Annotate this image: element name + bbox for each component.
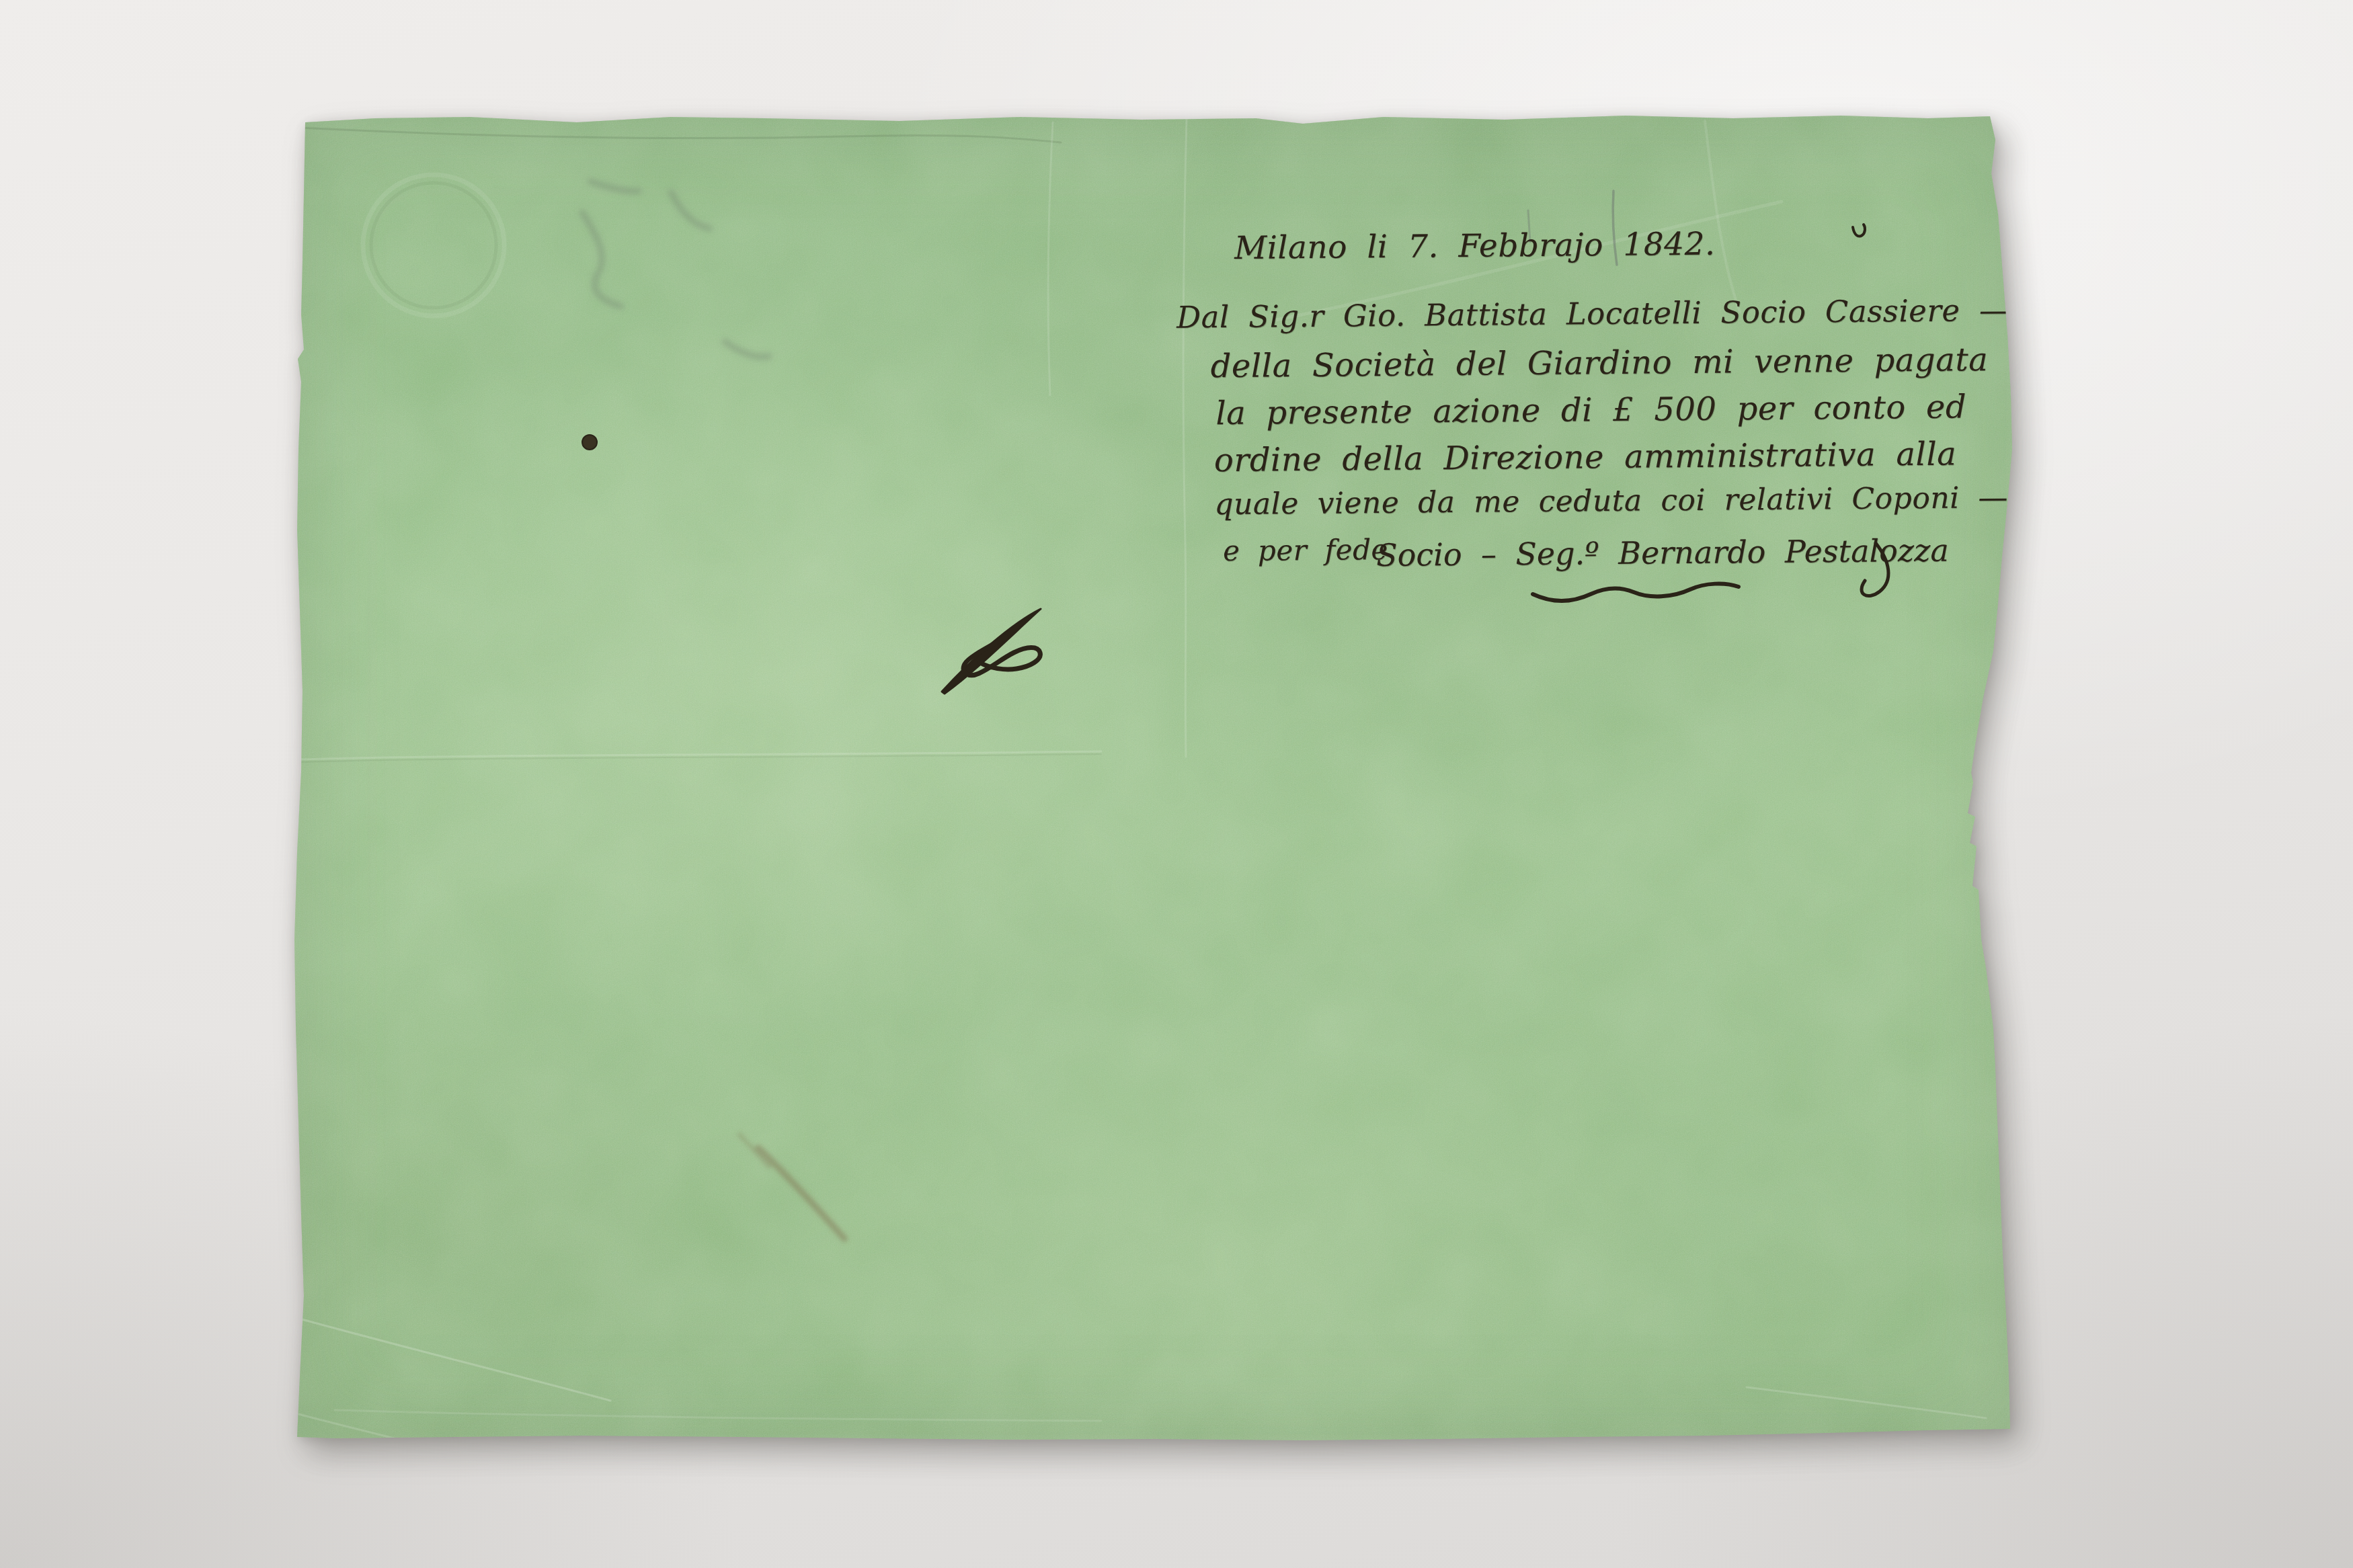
- handwritten-text-block: Milano li 7. Febbrajo 1842. Dal Sig.r Gi…: [288, 106, 2018, 1448]
- signature-line: Socio – Seg.º Bernardo Pestalozza: [1376, 532, 1949, 573]
- document-paper: Milano li 7. Febbrajo 1842. Dal Sig.r Gi…: [294, 113, 2012, 1440]
- photograph-background: Milano li 7. Febbrajo 1842. Dal Sig.r Gi…: [0, 0, 2353, 1568]
- body-line-4: ordine della Direzione amministrativa al…: [1214, 436, 1957, 480]
- body-line-6: e per fede: [1223, 533, 1388, 567]
- date-line: Milano li 7. Febbrajo 1842.: [1234, 226, 1716, 267]
- body-line-2: della Società del Giardino mi venne paga…: [1210, 341, 1988, 385]
- paper-shadow: Milano li 7. Febbrajo 1842. Dal Sig.r Gi…: [294, 113, 2012, 1440]
- body-line-3: la presente azione di £ 500 per conto ed: [1215, 388, 1966, 432]
- photo-canvas: { "scene": { "background_color": "#e9e7e…: [0, 0, 2353, 1568]
- body-line-1: Dal Sig.r Gio. Battista Locatelli Socio …: [1176, 292, 2010, 335]
- body-line-5: quale viene da me ceduta coi relativi Co…: [1214, 481, 2008, 522]
